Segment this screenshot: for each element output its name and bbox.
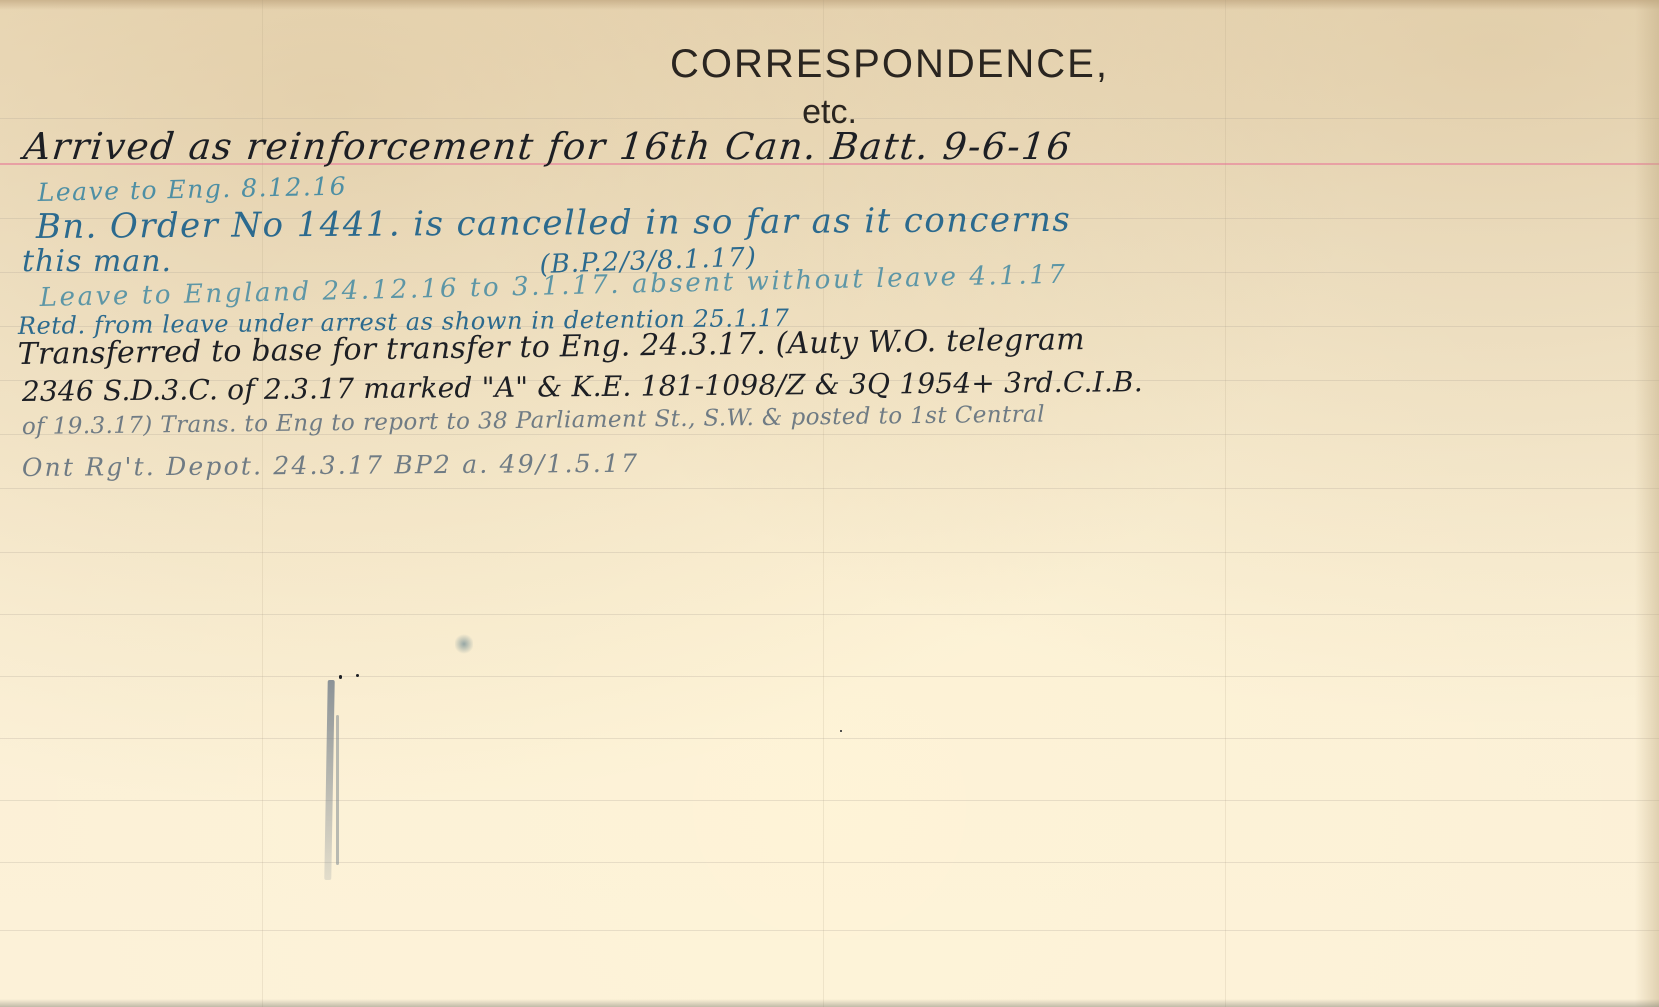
service-record-card: CORRESPONDENCE, etc. Arrived as reinforc… [0, 0, 1659, 1007]
ruled-line [0, 614, 1659, 615]
ink-dot [356, 674, 359, 677]
entry-bn-order-cancelled: Bn. Order No 1441. is cancelled in so fa… [36, 203, 1072, 244]
entry-telegram-reference: 2346 S.D.3.C. of 2.3.17 marked "A" & K.E… [22, 368, 1143, 406]
card-right-edge [1635, 0, 1659, 1007]
ruled-line [0, 488, 1659, 489]
ruled-line [0, 552, 1659, 553]
entry-leave-to-eng: Leave to Eng. 8.12.16 [37, 174, 347, 205]
card-bottom-edge [0, 999, 1659, 1007]
ink-speckle [455, 633, 473, 655]
card-title: CORRESPONDENCE, [0, 40, 1659, 88]
card-top-edge [0, 0, 1659, 10]
ruled-line [0, 676, 1659, 677]
ink-dot [840, 730, 842, 732]
ruled-line [0, 738, 1659, 739]
entry-arrived-reinforcement: Arrived as reinforcement for 16th Can. B… [22, 128, 1074, 165]
pencil-smudge-mark [324, 680, 334, 880]
card-title-text: CORRESPONDENCE, [670, 40, 1109, 88]
ruled-line [0, 800, 1659, 801]
ruled-line [0, 930, 1659, 931]
ink-dot [339, 675, 342, 679]
entry-this-man: this man. [22, 247, 172, 277]
entry-depot-posting: Ont Rg't. Depot. 24.3.17 BP2 a. 49/1.5.1… [22, 451, 639, 480]
pencil-smudge-mark [336, 715, 339, 865]
ruled-line [0, 862, 1659, 863]
fold-line [1225, 0, 1226, 1007]
